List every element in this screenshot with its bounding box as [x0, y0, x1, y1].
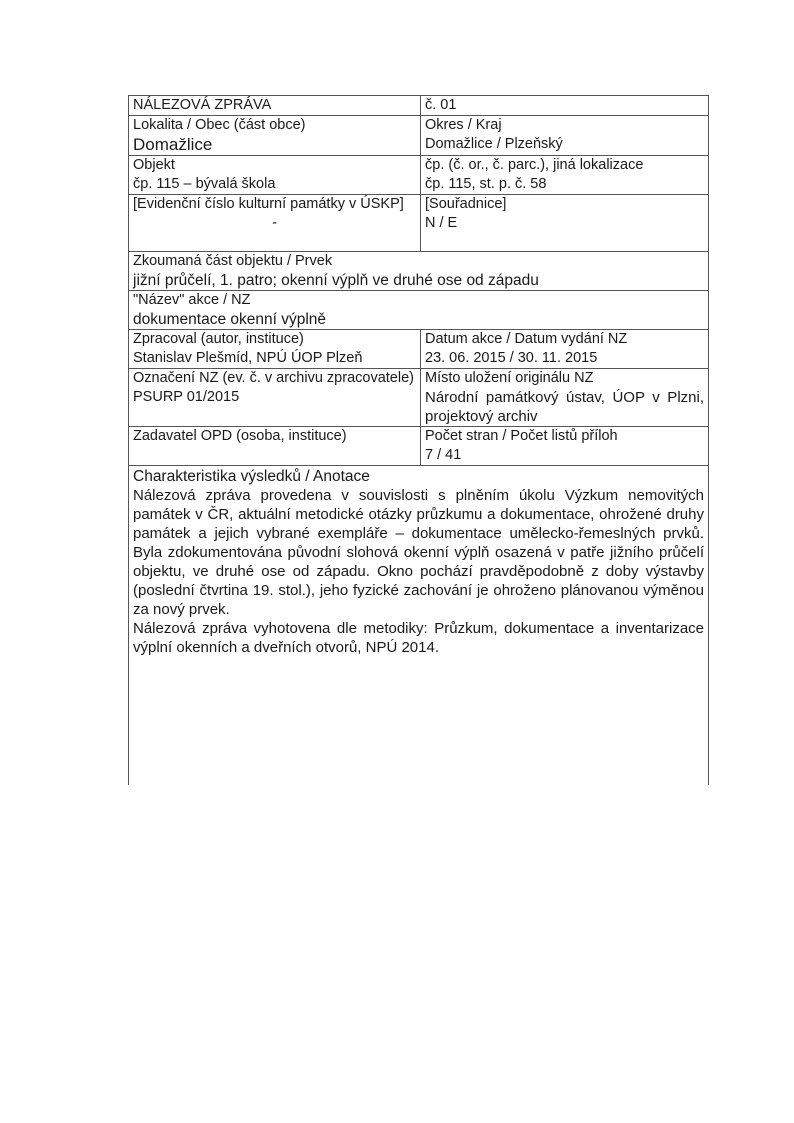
examined-part-cell: Zkoumaná část objektu / Prvek jižní průč… [129, 252, 708, 290]
registry-cell: [Evidenční číslo kulturní památky v ÚSKP… [129, 195, 421, 251]
report-title-cell: NÁLEZOVÁ ZPRÁVA [129, 96, 421, 115]
locality-label: Lokalita / Obec (část obce) [133, 116, 416, 135]
object-label: Objekt [133, 156, 416, 175]
annotation-paragraph-2: Nálezová zpráva vyhotovena dle metodiky:… [133, 619, 704, 657]
action-name-cell: "Název" akce / NZ dokumentace okenní výp… [129, 291, 708, 329]
row-examined-part: Zkoumaná část objektu / Prvek jižní průč… [128, 251, 709, 290]
author-label: Zpracoval (autor, instituce) [133, 330, 416, 349]
coordinates-value: N / E [425, 214, 704, 233]
dates-label: Datum akce / Datum vydání NZ [425, 330, 704, 349]
row-object: Objekt čp. 115 – bývalá škola čp. (č. or… [128, 155, 709, 194]
storage-value: Národní památkový ústav, ÚOP v Plzni, pr… [425, 388, 704, 426]
client-cell: Zadavatel OPD (osoba, instituce) [129, 427, 421, 465]
report-title: NÁLEZOVÁ ZPRÁVA [133, 96, 416, 115]
coordinates-cell: [Souřadnice] N / E [421, 195, 708, 251]
district-value: Domažlice / Plzeňský [425, 135, 704, 154]
annotation-empty-space [128, 657, 709, 785]
row-action-name: "Název" akce / NZ dokumentace okenní výp… [128, 290, 709, 329]
designation-label: Označení NZ (ev. č. v archivu zpracovate… [133, 369, 416, 388]
report-number-cell: č. 01 [421, 96, 708, 115]
client-label: Zadavatel OPD (osoba, instituce) [133, 427, 416, 446]
dates-value: 23. 06. 2015 / 30. 11. 2015 [425, 349, 704, 368]
row-registry: [Evidenční číslo kulturní památky v ÚSKP… [128, 194, 709, 251]
object-cell: Objekt čp. 115 – bývalá škola [129, 156, 421, 194]
pages-cell: Počet stran / Počet listů příloh 7 / 41 [421, 427, 708, 465]
object-value: čp. 115 – bývalá škola [133, 175, 416, 194]
row-header: NÁLEZOVÁ ZPRÁVA č. 01 [128, 95, 709, 115]
row-locality: Lokalita / Obec (část obce) Domažlice Ok… [128, 115, 709, 155]
report-form-table: NÁLEZOVÁ ZPRÁVA č. 01 Lokalita / Obec (č… [128, 95, 709, 785]
storage-label: Místo uložení originálu NZ [425, 369, 704, 388]
address-label: čp. (č. or., č. parc.), jiná lokalizace [425, 156, 704, 175]
row-designation: Označení NZ (ev. č. v archivu zpracovate… [128, 368, 709, 426]
designation-value: PSURP 01/2015 [133, 388, 416, 407]
author-cell: Zpracoval (autor, instituce) Stanislav P… [129, 330, 421, 368]
row-annotation: Charakteristika výsledků / Anotace Nález… [128, 465, 709, 657]
annotation-paragraph-1: Nálezová zpráva provedena v souvislosti … [133, 486, 704, 619]
district-cell: Okres / Kraj Domažlice / Plzeňský [421, 116, 708, 155]
district-label: Okres / Kraj [425, 116, 704, 135]
storage-cell: Místo uložení originálu NZ Národní památ… [421, 369, 708, 426]
examined-part-label: Zkoumaná část objektu / Prvek [133, 252, 704, 271]
address-cell: čp. (č. or., č. parc.), jiná lokalizace … [421, 156, 708, 194]
pages-value: 7 / 41 [425, 446, 704, 465]
author-value: Stanislav Plešmíd, NPÚ ÚOP Plzeň [133, 349, 416, 368]
row-client: Zadavatel OPD (osoba, instituce) Počet s… [128, 426, 709, 465]
action-name-label: "Název" akce / NZ [133, 291, 704, 310]
action-name-value: dokumentace okenní výplně [133, 310, 704, 329]
locality-cell: Lokalita / Obec (část obce) Domažlice [129, 116, 421, 155]
address-value: čp. 115, st. p. č. 58 [425, 175, 704, 194]
pages-label: Počet stran / Počet listů příloh [425, 427, 704, 446]
registry-value: - [133, 214, 416, 233]
designation-cell: Označení NZ (ev. č. v archivu zpracovate… [129, 369, 421, 426]
locality-value: Domažlice [133, 135, 416, 155]
dates-cell: Datum akce / Datum vydání NZ 23. 06. 201… [421, 330, 708, 368]
annotation-cell: Charakteristika výsledků / Anotace Nález… [129, 466, 708, 657]
coordinates-label: [Souřadnice] [425, 195, 704, 214]
examined-part-value: jižní průčelí, 1. patro; okenní výplň ve… [133, 271, 704, 290]
report-number: č. 01 [425, 96, 704, 115]
annotation-label: Charakteristika výsledků / Anotace [133, 467, 704, 486]
registry-label: [Evidenční číslo kulturní památky v ÚSKP… [133, 195, 416, 214]
row-author: Zpracoval (autor, instituce) Stanislav P… [128, 329, 709, 368]
